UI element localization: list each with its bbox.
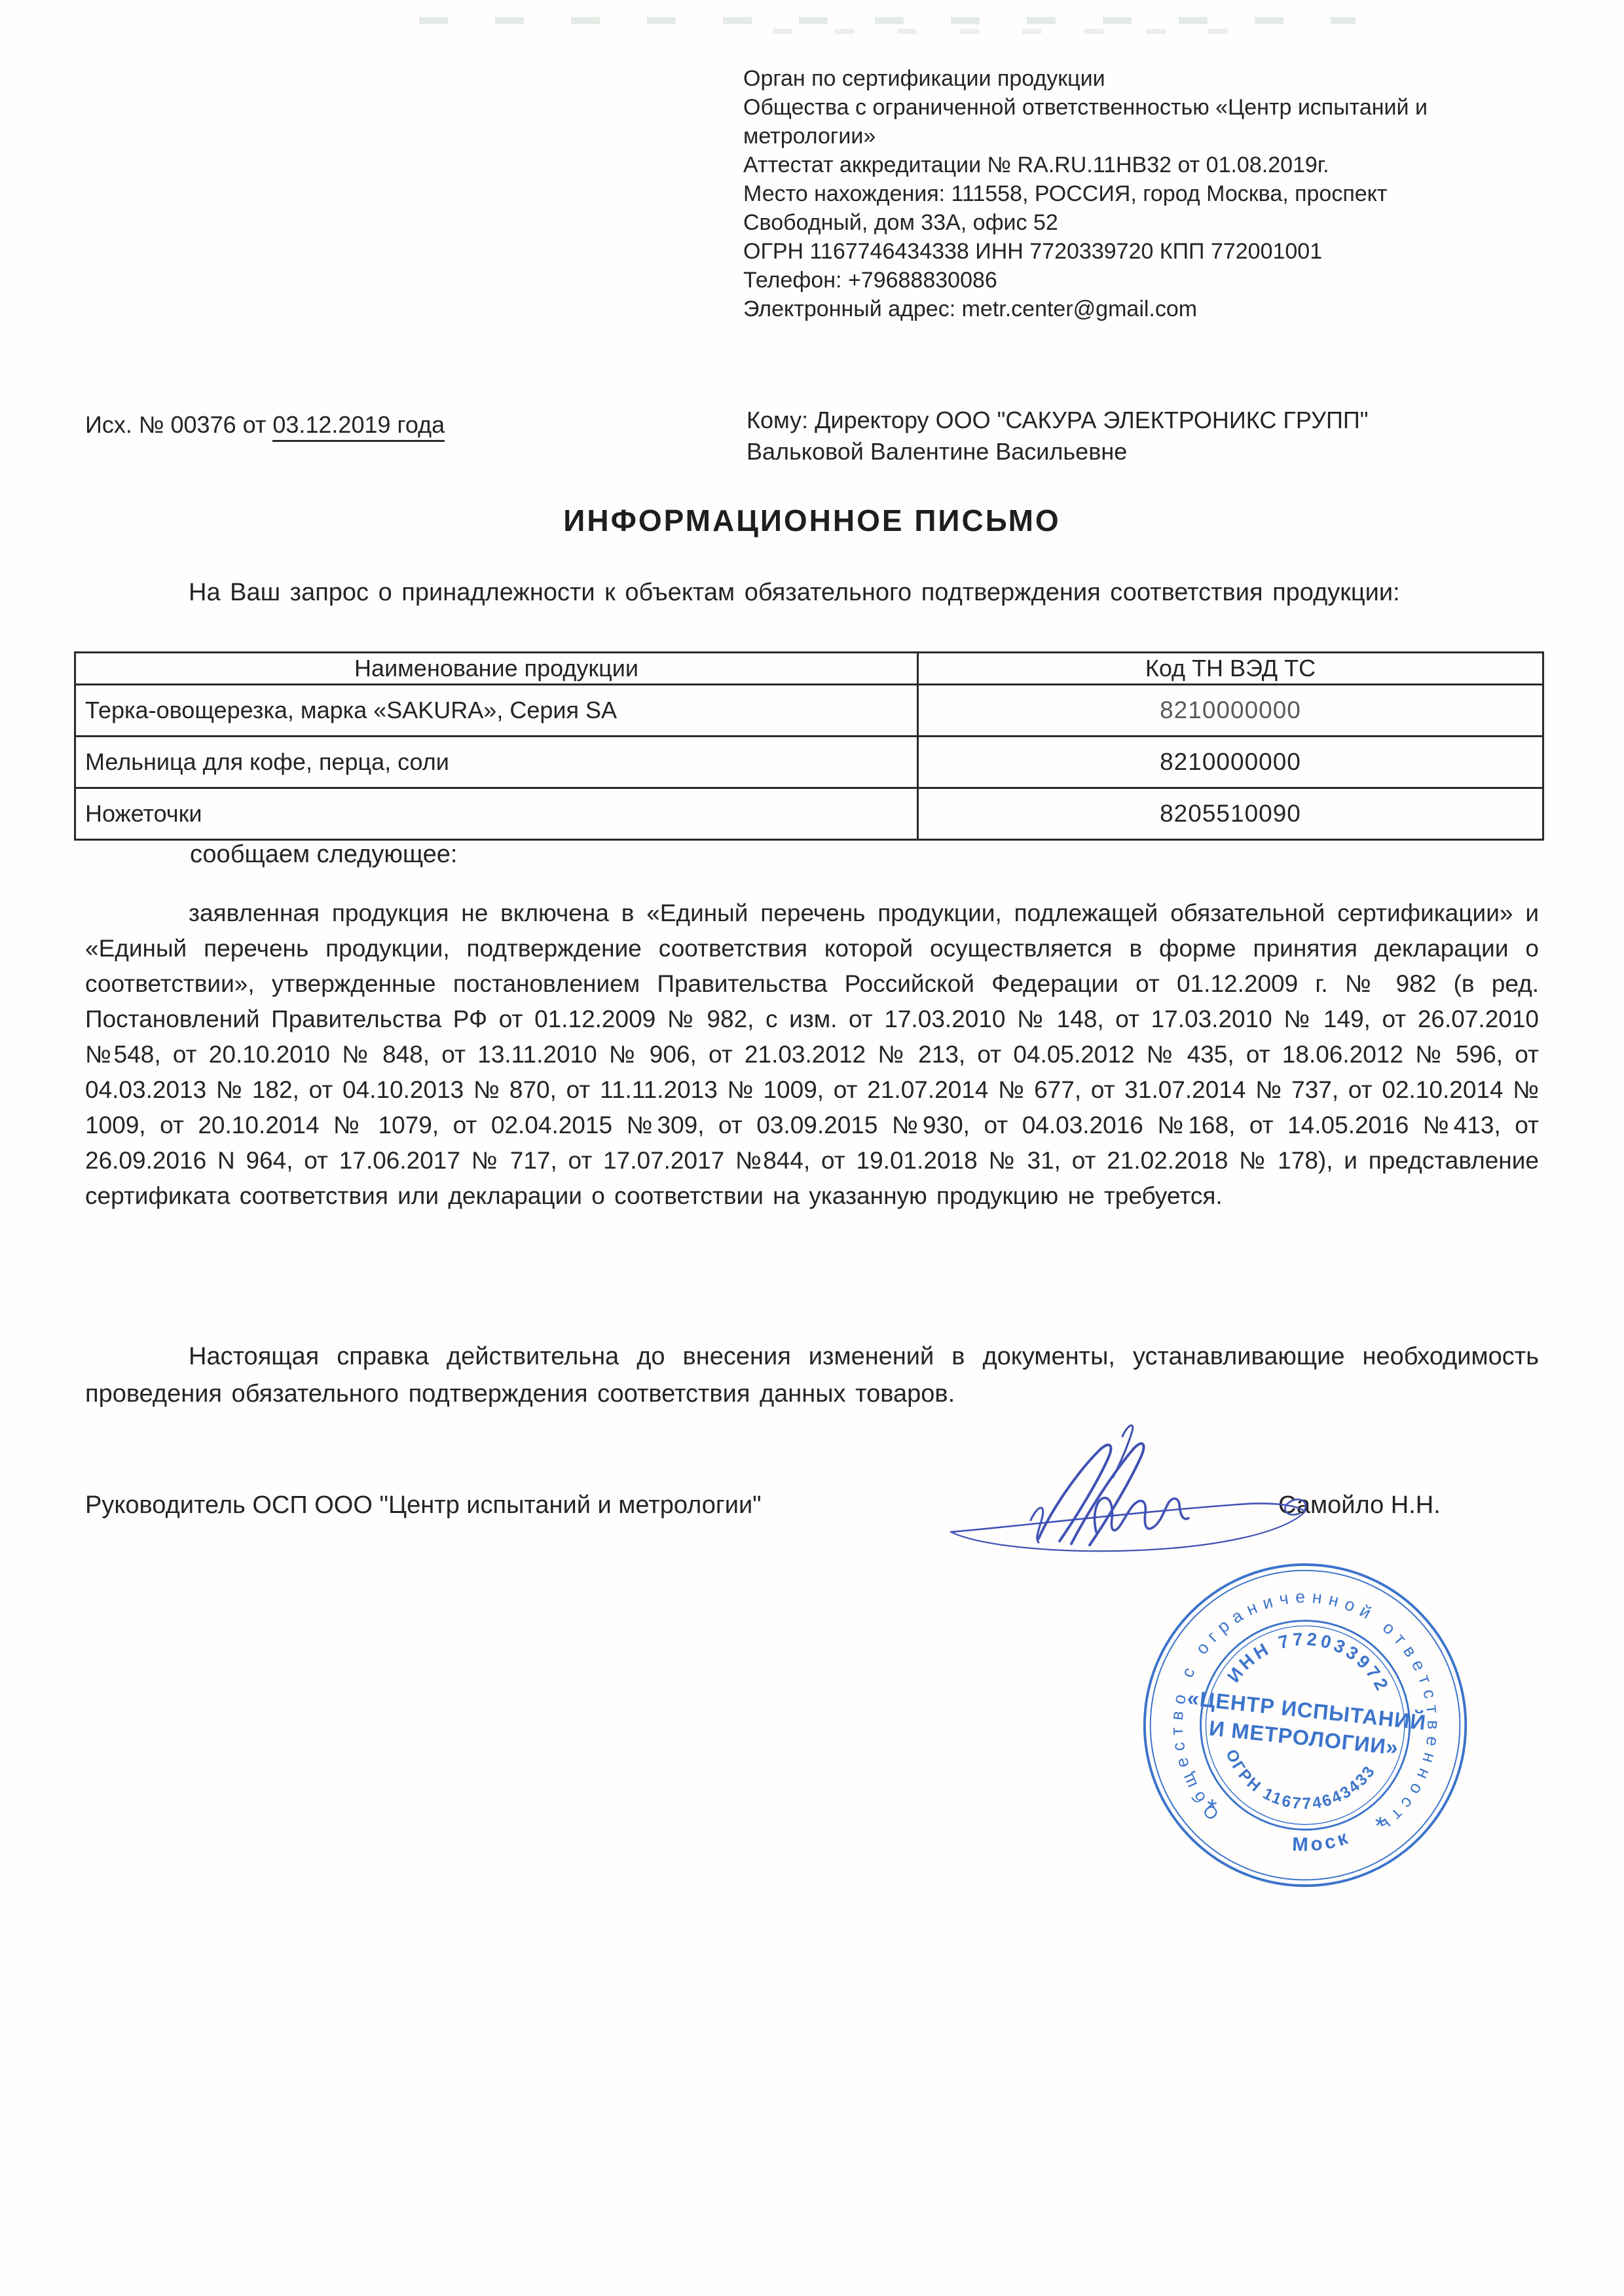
product-code-cell: 8205510090 [918,788,1543,840]
letterhead-line: Электронный адрес: metr.center@gmail.com [743,295,1568,323]
stamp-asterisk-left: * [1205,1794,1218,1823]
letterhead-line: Свободный, дом 33А, офис 52 [743,208,1568,237]
intro-paragraph: На Ваш запрос о принадлежности к объекта… [85,572,1539,613]
product-name-cell: Мельница для кофе, перца, соли [75,737,918,788]
product-code-cell: 8210000000 [918,685,1543,737]
letterhead-line: ОГРН 1167746434338 ИНН 7720339720 КПП 77… [743,237,1568,266]
outgoing-reference: Исх. № 00376 от 03.12.2019 года [85,411,445,439]
table-row: Ножеточки 8205510090 [75,788,1543,840]
product-name-cell: Терка-овощерезка, марка «SAKURA», Серия … [75,685,918,737]
scanned-letter-page: Орган по сертификации продукции Общества… [0,0,1624,2296]
letterhead-line: Место нахождения: 111558, РОССИЯ, город … [743,179,1568,208]
recipient: Кому: Директору ООО "САКУРА ЭЛЕКТРОНИКС … [747,405,1368,467]
product-code-cell: 8210000000 [918,737,1543,788]
outgoing-date: 03.12.2019 года [272,411,445,442]
after-table-note: сообщаем следующее: [190,841,457,869]
table-row: Мельница для кофе, перца, соли 821000000… [75,737,1543,788]
company-stamp: Общество с ограниченной ответственностью… [1141,1561,1476,1896]
table-row: Терка-овощерезка, марка «SAKURA», Серия … [75,685,1543,737]
signature-scribble [942,1413,1321,1583]
outgoing-number: Исх. № 00376 от [85,411,266,438]
signature-stroke [1031,1508,1043,1542]
col-code-header: Код ТН ВЭД ТС [918,653,1543,685]
scan-artifact [419,17,1356,24]
scan-artifact [773,29,1270,34]
letterhead-line: Аттестат аккредитации № RA.RU.11НВ32 от … [743,151,1568,179]
signer-role: Руководитель ОСП ООО "Центр испытаний и … [85,1491,762,1520]
letterhead-line: Общества с ограниченной ответственностью… [743,93,1568,122]
letterhead-line: метрологии» [743,122,1568,151]
recipient-line: Кому: Директору ООО "САКУРА ЭЛЕКТРОНИКС … [747,405,1368,436]
letterhead: Орган по сертификации продукции Общества… [743,64,1568,323]
letter-title: ИНФОРМАЦИОННОЕ ПИСЬМО [0,503,1624,538]
col-name-header: Наименование продукции [75,653,918,685]
table-header-row: Наименование продукции Код ТН ВЭД ТС [75,653,1543,685]
signature-stroke [951,1512,1304,1551]
signature-stroke [951,1503,1304,1532]
letterhead-line: Орган по сертификации продукции [743,64,1568,93]
body-paragraph: заявленная продукция не включена в «Един… [85,896,1539,1214]
validity-paragraph: Настоящая справка действительна до внесе… [85,1338,1539,1413]
recipient-line: Вальковой Валентине Васильевне [747,436,1368,467]
product-name-cell: Ножеточки [75,788,918,840]
letterhead-line: Телефон: +79688830086 [743,266,1568,295]
products-table: Наименование продукции Код ТН ВЭД ТС Тер… [74,651,1544,841]
